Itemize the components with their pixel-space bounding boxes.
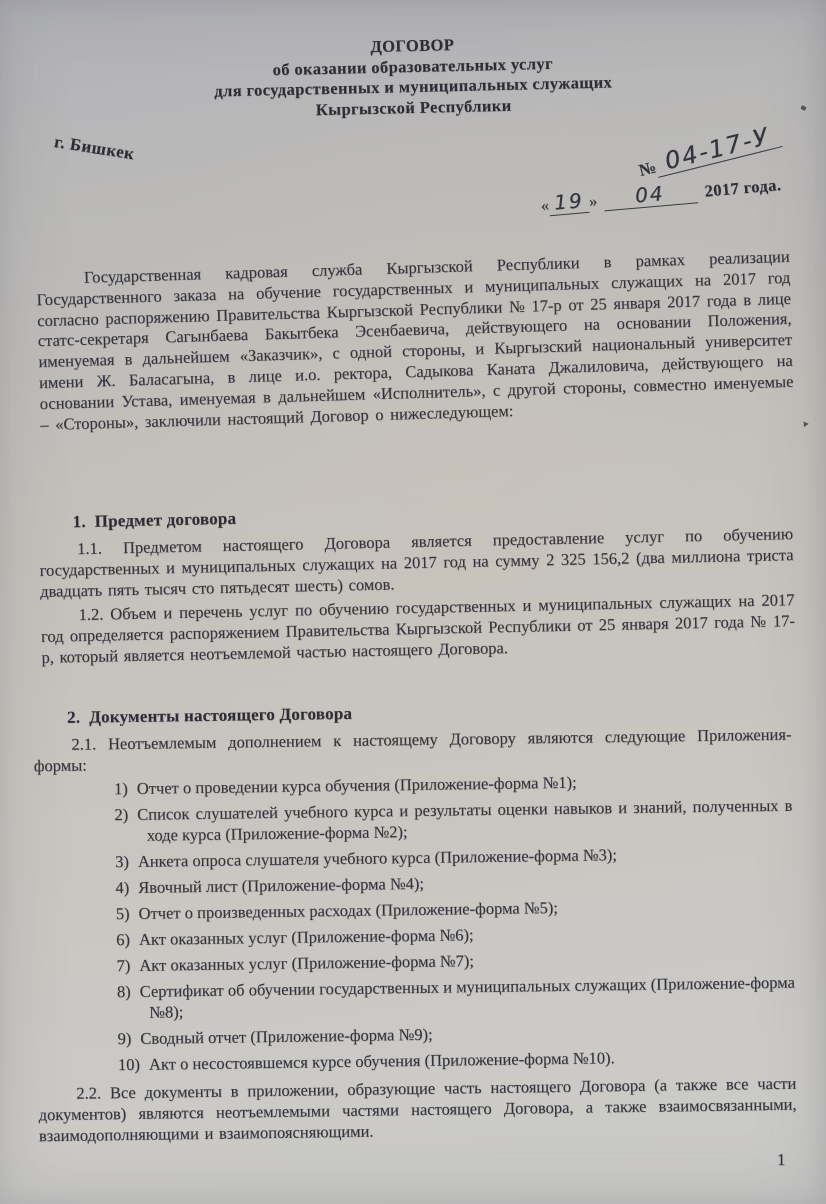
clause-1-1: 1.1. Предметом настоящего Договора являе… — [39, 523, 794, 602]
date-year: 2017 года. — [704, 175, 782, 201]
list-item: Отчет о проведении курса обучения (Прило… — [114, 770, 792, 800]
page-number: 1 — [777, 1150, 786, 1170]
date-day-handwritten: 19 — [553, 188, 584, 214]
scanned-contract-page: ДОГОВОР об оказании образовательных услу… — [0, 0, 826, 1204]
section-2-heading: 2. Документы настоящего Договора — [67, 697, 791, 728]
list-item: Список слушателей учебного курса и резул… — [114, 796, 793, 847]
section-1: 1. Предмет договора 1.1. Предметом насто… — [38, 496, 795, 671]
list-item: Явочный лист (Приложение-форма №4); — [115, 869, 793, 899]
list-item: Анкета опроса слушателя учебного курса (… — [115, 842, 793, 872]
list-item: Сертификат об обучении государственных и… — [117, 973, 796, 1024]
clause-1-2: 1.2. Объем и перечень услуг по обучению … — [40, 589, 795, 668]
document-title: ДОГОВОР об оказании образовательных услу… — [0, 27, 826, 128]
scan-speck — [800, 105, 806, 111]
section-2: 2. Документы настоящего Договора 2.1. Не… — [33, 697, 797, 1149]
contract-date-line: «19»042017 года. — [540, 172, 821, 217]
preamble-paragraph: Государственная кадровая служба Кыргызск… — [36, 247, 795, 436]
date-month-handwritten: 04 — [634, 181, 665, 207]
list-item: Отчет о произведенных расходах (Приложен… — [116, 895, 794, 925]
appendix-forms-list: Отчет о проведении курса обучения (Прило… — [34, 770, 796, 1077]
list-item: Акт оказанных услуг (Приложение-форма №7… — [116, 947, 794, 977]
close-quote: » — [588, 191, 598, 211]
scan-speck — [801, 420, 809, 428]
list-item: Акт оказанных услуг (Приложение-форма №6… — [116, 921, 794, 951]
list-item: Сводный отчет (Приложение-форма №9); — [117, 1020, 795, 1050]
city-label: г. Бишкек — [53, 132, 136, 164]
contract-number-handwritten: 04-17-У — [662, 122, 773, 175]
contract-number-line: №04-17-У — [636, 118, 807, 182]
list-item: Акт о несостоявшемся курсе обучения (При… — [118, 1046, 796, 1076]
clause-2-1: 2.1. Неотъемлемым дополнением к настояще… — [33, 724, 792, 777]
clause-2-2: 2.2. Все документы в приложении, образую… — [38, 1072, 797, 1146]
